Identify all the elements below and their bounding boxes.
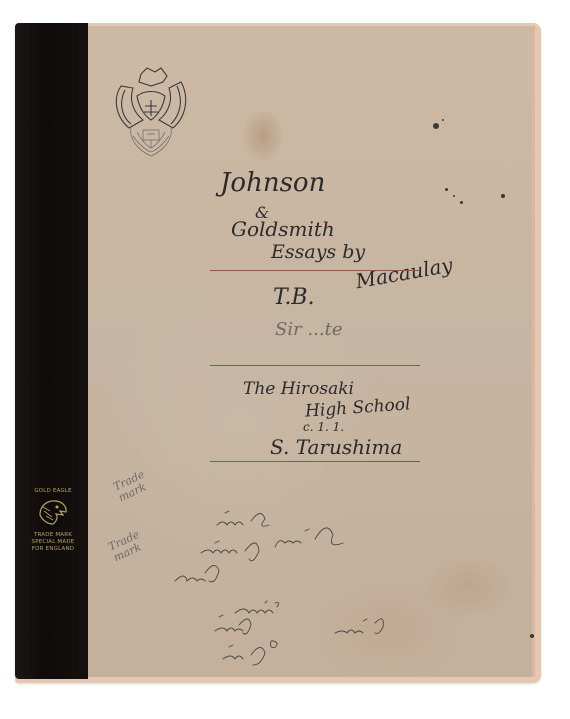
ink-speck	[530, 634, 534, 638]
owner-school: The Hirosaki	[243, 379, 354, 399]
eagle-head-icon	[36, 497, 70, 527]
winged-crest-icon	[111, 66, 191, 166]
brand-label: GOLD EAGLE	[23, 488, 83, 495]
special-made-label: SPECIAL MADE	[23, 539, 83, 546]
notebook: GOLD EAGLE TRADE MARK SPECIAL MADE FOR E…	[15, 23, 541, 683]
scribble-line	[235, 601, 279, 613]
for-england-label: FOR ENGLAND	[23, 546, 83, 553]
title-essays-by: Essays by	[271, 241, 365, 263]
ink-speck	[453, 195, 455, 197]
gold-eagle-logo: GOLD EAGLE TRADE MARK SPECIAL MADE FOR E…	[23, 488, 83, 553]
ruled-line-3	[210, 461, 420, 462]
ink-speck	[433, 123, 439, 129]
ruled-line-2	[210, 365, 420, 366]
owner-name: S. Tarushima	[270, 435, 402, 459]
title-sir: Sir ...te	[275, 319, 342, 340]
ink-speck	[445, 188, 448, 191]
scribble-line	[215, 615, 383, 648]
title-johnson: Johnson	[220, 168, 325, 198]
notebook-spine: GOLD EAGLE TRADE MARK SPECIAL MADE FOR E…	[15, 23, 88, 679]
ink-speck	[460, 201, 463, 204]
owner-class: c. 1. 1.	[303, 420, 344, 434]
title-goldsmith: Goldsmith	[231, 217, 335, 241]
title-initials: T.B.	[273, 285, 315, 310]
scribble-line	[223, 645, 265, 665]
ink-speck	[501, 194, 505, 198]
scribble-line	[217, 511, 269, 526]
scribble-line	[175, 565, 219, 581]
ruled-line-1	[210, 270, 420, 271]
ink-speck	[442, 119, 444, 121]
scribble-area	[165, 483, 465, 673]
scribble-line	[201, 528, 343, 561]
trademark-label: TRADE MARK	[23, 532, 83, 539]
